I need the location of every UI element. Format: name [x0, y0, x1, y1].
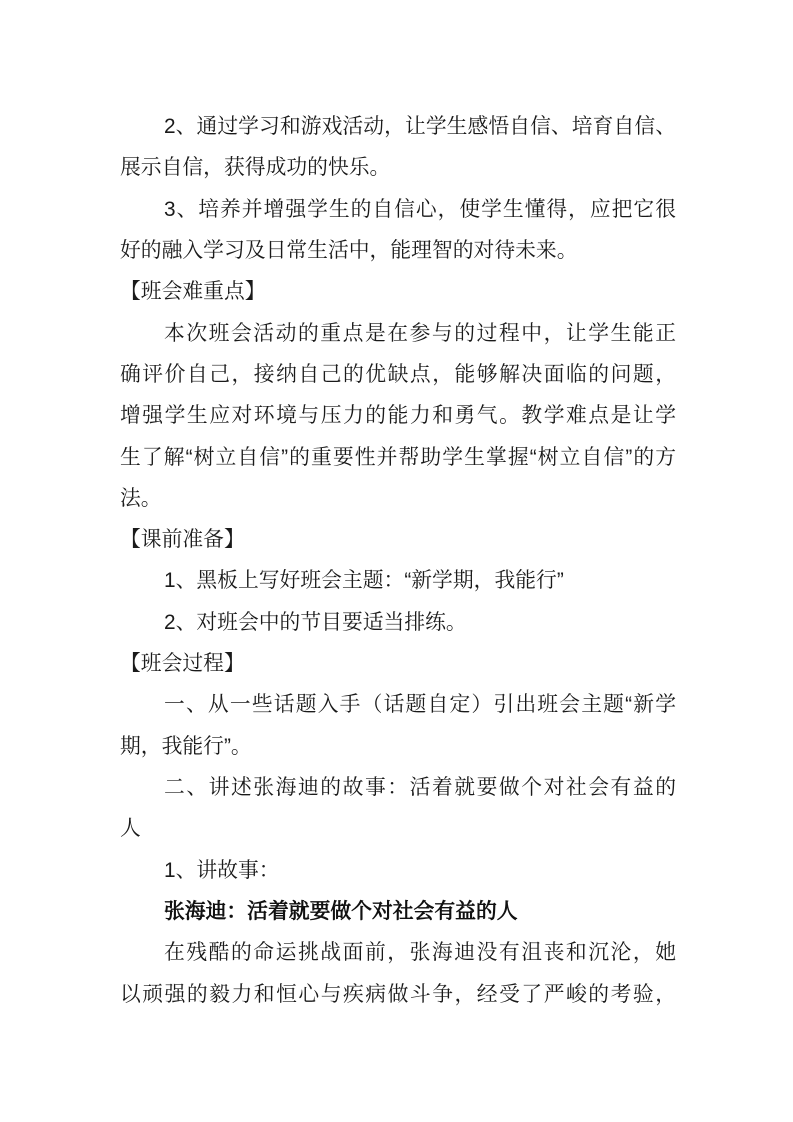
text-line: 本次班会活动的重点是在参与的过程中，让学生能正: [120, 313, 676, 354]
text-line: 二、讲述张海迪的故事：活着就要做个对社会有益的: [120, 767, 676, 808]
text-line: 好的融入学习及日常生活中，能理智的对待未来。: [120, 230, 676, 271]
text-line: 法。: [120, 478, 676, 519]
paragraph-aim-item-2: 2、通过学习和游戏活动，让学生感悟自信、培育自信、展示自信，获得成功的快乐。: [120, 106, 676, 189]
paragraph-preparation-item-2: 2、对班会中的节目要适当排练。: [120, 602, 676, 643]
text-line: 期，我能行”。: [120, 726, 676, 767]
paragraph-aim-item-3: 3、培养并增强学生的自信心，使学生懂得，应把它很好的融入学习及日常生活中，能理智…: [120, 189, 676, 272]
section-heading-line: 【班会难重点】: [120, 271, 676, 312]
text-line: 展示自信，获得成功的快乐。: [120, 147, 676, 188]
paragraph-story-item-1: 1、讲故事：: [120, 850, 676, 891]
text-line: 生了解“树立自信”的重要性并帮助学生掌握“树立自信”的方: [120, 437, 676, 478]
text-line: 一、从一些话题入手（话题自定）引出班会主题“新学: [120, 684, 676, 725]
paragraph-heading-process: 【班会过程】: [120, 643, 676, 684]
section-heading-line: 【班会过程】: [120, 643, 676, 684]
paragraph-story-title: 张海迪：活着就要做个对社会有益的人: [120, 891, 676, 932]
paragraph-difficulty-body: 本次班会活动的重点是在参与的过程中，让学生能正确评价自己，接纳自己的优缺点，能够…: [120, 313, 676, 520]
text-line: 2、对班会中的节目要适当排练。: [120, 602, 676, 643]
document-page: 2、通过学习和游戏活动，让学生感悟自信、培育自信、展示自信，获得成功的快乐。3、…: [0, 0, 793, 1122]
text-line: 人: [120, 808, 676, 849]
paragraph-heading-difficulty: 【班会难重点】: [120, 271, 676, 312]
document-text-block: 2、通过学习和游戏活动，让学生感悟自信、培育自信、展示自信，获得成功的快乐。3、…: [0, 0, 793, 1015]
text-line: 增强学生应对环境与压力的能力和勇气。教学难点是让学: [120, 395, 676, 436]
text-line: 2、通过学习和游戏活动，让学生感悟自信、培育自信、: [120, 106, 676, 147]
section-heading-line: 【课前准备】: [120, 519, 676, 560]
text-line: 1、黑板上写好班会主题：“新学期，我能行”: [120, 560, 676, 601]
paragraph-process-step-1: 一、从一些话题入手（话题自定）引出班会主题“新学期，我能行”。: [120, 684, 676, 767]
paragraph-story-body: 在残酷的命运挑战面前，张海迪没有沮丧和沉沦，她以顽强的毅力和恒心与疾病做斗争，经…: [120, 932, 676, 1015]
text-line: 1、讲故事：: [120, 850, 676, 891]
text-line: 确评价自己，接纳自己的优缺点，能够解决面临的问题，: [120, 354, 676, 395]
paragraph-process-step-2: 二、讲述张海迪的故事：活着就要做个对社会有益的人: [120, 767, 676, 850]
text-line: 以顽强的毅力和恒心与疾病做斗争，经受了严峻的考验，: [120, 974, 676, 1015]
paragraph-heading-preparation: 【课前准备】: [120, 519, 676, 560]
text-line: 在残酷的命运挑战面前，张海迪没有沮丧和沉沦，她: [120, 932, 676, 973]
paragraph-preparation-item-1: 1、黑板上写好班会主题：“新学期，我能行”: [120, 560, 676, 601]
text-line: 3、培养并增强学生的自信心，使学生懂得，应把它很: [120, 189, 676, 230]
text-line: 张海迪：活着就要做个对社会有益的人: [120, 891, 676, 932]
